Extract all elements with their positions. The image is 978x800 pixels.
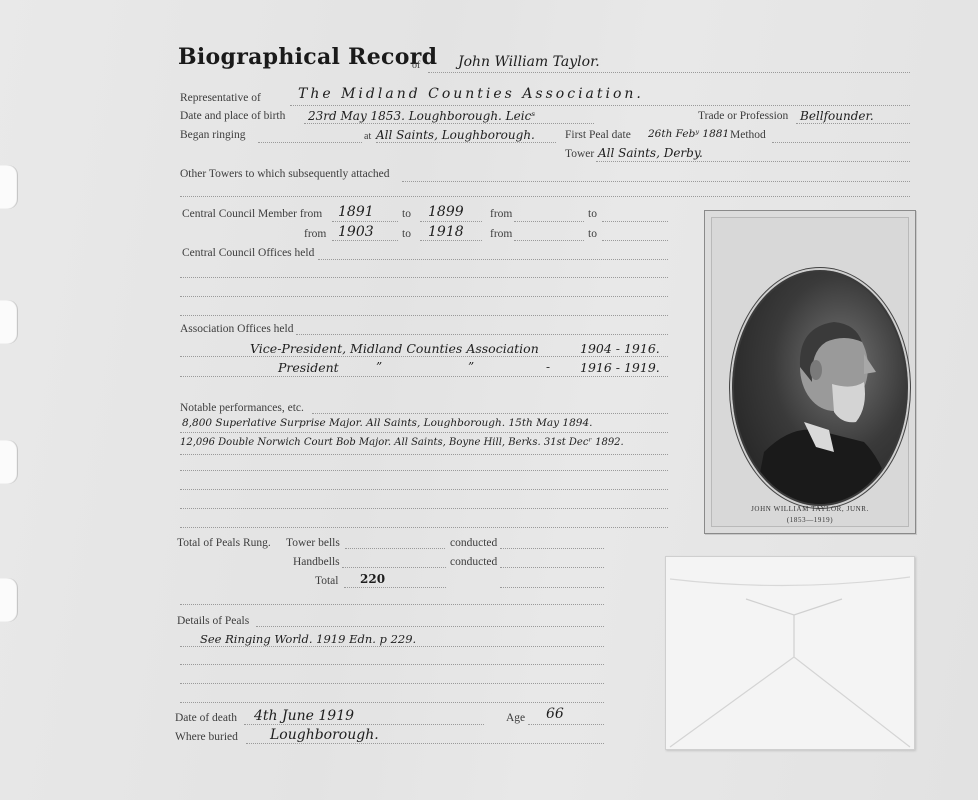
cc-from-label: from (304, 228, 326, 240)
total-peals-value: 220 (360, 572, 385, 586)
page-title: Biographical Record (178, 44, 437, 70)
portrait-silhouette-icon (734, 272, 906, 504)
details-of-peals-label: Details of Peals (177, 615, 249, 627)
began-ringing-label: Began ringing (180, 129, 245, 141)
representative-label: Representative of (180, 92, 261, 104)
binder-hole (0, 165, 18, 209)
portrait-photo: JOHN WILLIAM TAYLOR, JUNR. (1853—1919) (704, 210, 916, 534)
cc-term2-from: 1903 (338, 224, 374, 240)
birth-value: 23rd May 1853. Loughborough. Leicˢ (308, 109, 535, 123)
conducted-label: conducted (450, 537, 497, 549)
other-towers-label: Other Towers to which subsequently attac… (180, 168, 389, 180)
cc-offices-label: Central Council Offices held (182, 247, 314, 259)
tower-bells-label: Tower bells (286, 537, 340, 549)
tower-label: Tower (565, 148, 594, 160)
ditto-mark: ” (376, 360, 382, 374)
trade-value: Bellfounder. (800, 109, 874, 123)
portrait-caption-years: (1853—1919) (712, 516, 908, 524)
binder-hole (0, 300, 18, 344)
date-of-death-value: 4th June 1919 (254, 708, 354, 724)
where-buried-value: Loughborough. (270, 727, 379, 743)
cc-term1-to: 1899 (428, 204, 464, 220)
first-peal-label: First Peal date (565, 129, 631, 141)
where-buried-label: Where buried (175, 731, 238, 743)
cc-to-label: to (588, 208, 597, 220)
cc-from-label: from (490, 208, 512, 220)
cc-to-label: to (588, 228, 597, 240)
title-of-label: of (412, 60, 420, 71)
record-page: Biographical Record of John William Tayl… (0, 0, 978, 800)
representative-value: The Midland Counties Association. (298, 86, 644, 102)
binder-hole (0, 440, 18, 484)
portrait-oval (732, 270, 908, 506)
age-label: Age (506, 712, 525, 724)
total-peals-label: Total of Peals Rung. (177, 537, 271, 549)
birth-label: Date and place of birth (180, 110, 285, 122)
cc-from-label: from (490, 228, 512, 240)
details-of-peals-value: See Ringing World. 1919 Edn. p 229. (200, 632, 416, 646)
cc-to-label: to (402, 208, 411, 220)
total-word-label: Total (315, 575, 338, 587)
association-office-years-2: 1916 - 1919. (580, 360, 660, 375)
first-peal-value: 26th Febʸ 1881 (648, 128, 729, 140)
binder-hole (0, 578, 18, 622)
envelope-flap-icon (666, 557, 914, 749)
handbells-label: Handbells (293, 556, 340, 568)
began-ringing-value: All Saints, Loughborough. (376, 128, 535, 142)
subject-name: John William Taylor. (458, 54, 600, 70)
notable-line-2: 12,096 Double Norwich Court Bob Major. A… (180, 437, 624, 448)
method-label: Method (730, 129, 766, 141)
began-at-label: at (364, 131, 371, 142)
notable-line-1: 8,800 Superlative Surprise Major. All Sa… (182, 417, 593, 429)
association-office-line-2: President (278, 360, 339, 375)
date-of-death-label: Date of death (175, 712, 237, 724)
ditto-mark: ” (468, 360, 474, 374)
cc-to-label: to (402, 228, 411, 240)
conducted-label: conducted (450, 556, 497, 568)
attached-envelope (665, 556, 915, 750)
cc-term2-to: 1918 (428, 224, 464, 240)
portrait-caption-name: JOHN WILLIAM TAYLOR, JUNR. (712, 505, 908, 513)
age-value: 66 (546, 706, 564, 722)
cc-member-label: Central Council Member from (182, 208, 322, 220)
association-offices-label: Association Offices held (180, 323, 293, 335)
trade-label: Trade or Profession (698, 110, 788, 122)
tower-value: All Saints, Derby. (598, 146, 703, 160)
association-office-line-1: Vice-President, Midland Counties Associa… (250, 341, 539, 356)
notable-performances-label: Notable performances, etc. (180, 402, 304, 414)
ditto-dash: - (546, 360, 550, 374)
cc-term1-from: 1891 (338, 204, 374, 220)
association-office-years-1: 1904 - 1916. (580, 341, 660, 356)
